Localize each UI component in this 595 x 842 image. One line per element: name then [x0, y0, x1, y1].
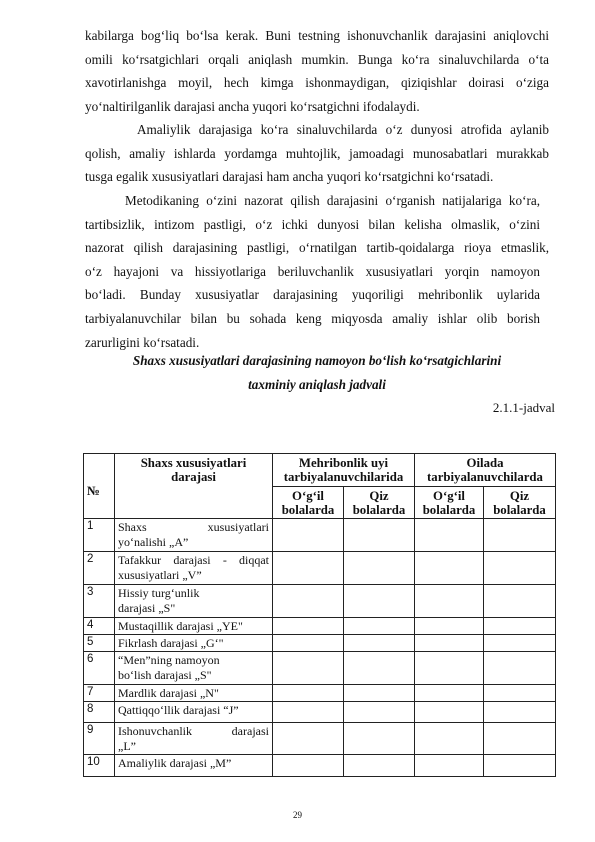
row-trait: Mustaqillik darajasi „YE": [115, 618, 273, 635]
cell-boys-orphanage: [273, 552, 344, 585]
cell-girls-family: [484, 685, 556, 702]
text-line: yo‘naltirilganlik darajasi ancha yuqori …: [85, 95, 549, 119]
row-number: 4: [84, 618, 115, 635]
trait-line-1: Ishonuvchanlik darajasi: [118, 724, 269, 739]
cell-girls-family: [484, 755, 556, 777]
cell-boys-family: [415, 652, 484, 685]
cell-girls-orphanage: [344, 755, 415, 777]
text-line: xavotirlanishga moyil, hech kimga ishonm…: [85, 71, 549, 95]
row-trait: “Men”ning namoyonbo‘lish darajasi „S": [115, 652, 273, 685]
table-row: 2 Tafakkur darajasi - diqqatxususiyatlar…: [84, 552, 556, 585]
trait-line-2: darajasi „S": [118, 601, 269, 616]
cell-boys-orphanage: [273, 585, 344, 618]
trait-line-2: bo‘lish darajasi „S": [118, 668, 269, 683]
row-number: 3: [84, 585, 115, 618]
trait-line-1: Mustaqillik darajasi „YE": [118, 619, 269, 634]
row-number: 5: [84, 635, 115, 652]
row-trait: Mardlik darajasi „N": [115, 685, 273, 702]
row-trait: Tafakkur darajasi - diqqatxususiyatlari …: [115, 552, 273, 585]
row-number: 6: [84, 652, 115, 685]
row-trait: Fikrlash darajasi „G‘": [115, 635, 273, 652]
header-girls-family: Qiz bolalarda: [484, 487, 556, 519]
text-line: nazorat qilish darajasining pastligi, o‘…: [85, 236, 549, 260]
cell-boys-family: [415, 635, 484, 652]
text-line: tartibsizlik, intizom pastligi, o‘z ichk…: [85, 213, 540, 237]
trait-line-2: yo‘nalishi „A”: [118, 535, 269, 550]
cell-boys-orphanage: [273, 702, 344, 723]
text-line: qolish, amaliy ishlarda yordamga muhtojl…: [85, 142, 549, 166]
table-row: 3 Hissiy turg‘unlikdarajasi „S": [84, 585, 556, 618]
text-line: o‘z hayajoni va hissiyotlariga beriluvch…: [85, 260, 540, 284]
header-trait: Shaxs xususiyatlari darajasi: [115, 454, 273, 519]
cell-girls-orphanage: [344, 585, 415, 618]
table-caption-line-2: taxminiy aniqlash jadvali: [85, 373, 549, 397]
cell-boys-orphanage: [273, 519, 344, 552]
cell-boys-family: [415, 723, 484, 755]
cell-girls-orphanage: [344, 552, 415, 585]
cell-boys-family: [415, 755, 484, 777]
trait-line-1: Tafakkur darajasi - diqqat: [118, 553, 269, 568]
cell-boys-orphanage: [273, 635, 344, 652]
trait-line-1: Hissiy turg‘unlik: [118, 586, 269, 601]
row-number: 1: [84, 519, 115, 552]
cell-girls-family: [484, 519, 556, 552]
text-line: bo‘ladi. Bunday xususiyatlar darajasinin…: [85, 283, 540, 307]
table-row: 6 “Men”ning namoyonbo‘lish darajasi „S": [84, 652, 556, 685]
cell-girls-orphanage: [344, 618, 415, 635]
table-row: 9 Ishonuvchanlik darajasi„L”: [84, 723, 556, 755]
row-trait: Ishonuvchanlik darajasi„L”: [115, 723, 273, 755]
table-row: 5 Fikrlash darajasi „G‘": [84, 635, 556, 652]
text-line: kabilarga bog‘liq bo‘lsa kerak. Buni tes…: [85, 24, 549, 48]
trait-line-1: Fikrlash darajasi „G‘": [118, 636, 269, 651]
row-trait: Hissiy turg‘unlikdarajasi „S": [115, 585, 273, 618]
trait-line-1: Mardlik darajasi „N": [118, 686, 269, 701]
table-row: 8 Qattiqqo‘llik darajasi “J”: [84, 702, 556, 723]
cell-girls-family: [484, 552, 556, 585]
cell-girls-family: [484, 635, 556, 652]
header-number: №: [84, 454, 115, 519]
cell-boys-family: [415, 685, 484, 702]
table-row: 4 Mustaqillik darajasi „YE": [84, 618, 556, 635]
cell-boys-family: [415, 702, 484, 723]
row-trait: Shaxs xususiyatlariyo‘nalishi „A”: [115, 519, 273, 552]
trait-line-2: „L”: [118, 739, 269, 754]
text-line: tusga egalik xususiyatlari darajasi ham …: [85, 165, 549, 189]
cell-girls-family: [484, 652, 556, 685]
row-number: 7: [84, 685, 115, 702]
table-row: 1 Shaxs xususiyatlariyo‘nalishi „A”: [84, 519, 556, 552]
cell-boys-family: [415, 552, 484, 585]
header-group-orphanage: Mehribonlik uyi tarbiyalanuvchilarida: [273, 454, 415, 487]
header-boys-family: O‘g‘il bolalarda: [415, 487, 484, 519]
cell-girls-orphanage: [344, 635, 415, 652]
cell-boys-orphanage: [273, 685, 344, 702]
header-girls-orphanage: Qiz bolalarda: [344, 487, 415, 519]
trait-line-2: xususiyatlari „V”: [118, 568, 269, 583]
cell-boys-orphanage: [273, 755, 344, 777]
row-number: 9: [84, 723, 115, 755]
trait-line-1: “Men”ning namoyon: [118, 653, 269, 668]
header-group-family: Oilada tarbiyalanuvchilarda: [415, 454, 556, 487]
table-row: 7 Mardlik darajasi „N": [84, 685, 556, 702]
cell-girls-family: [484, 585, 556, 618]
table-label: 2.1.1-jadval: [493, 400, 555, 416]
cell-boys-family: [415, 585, 484, 618]
cell-boys-orphanage: [273, 618, 344, 635]
cell-girls-family: [484, 702, 556, 723]
trait-line-1: Shaxs xususiyatlari: [118, 520, 269, 535]
cell-boys-family: [415, 519, 484, 552]
paragraph-3: Metodikaning o‘zini nazorat qilish daraj…: [85, 189, 549, 354]
text-line: Amaliylik darajasiga ko‘ra sinaluvchilar…: [85, 118, 549, 142]
paragraph-2: Amaliylik darajasiga ko‘ra sinaluvchilar…: [85, 118, 549, 189]
text-line: tarbiyalanuvchilar bilan bu sohada keng …: [85, 307, 540, 331]
cell-girls-orphanage: [344, 652, 415, 685]
row-number: 8: [84, 702, 115, 723]
page-number: 29: [0, 810, 595, 820]
header-boys-orphanage: O‘g‘il bolalarda: [273, 487, 344, 519]
row-number: 2: [84, 552, 115, 585]
text-line: omili ko‘rsatgichlari orqali aniqlash mu…: [85, 48, 549, 72]
trait-line-1: Qattiqqo‘llik darajasi “J”: [118, 703, 269, 718]
cell-boys-orphanage: [273, 723, 344, 755]
traits-table: № Shaxs xususiyatlari darajasi Mehribonl…: [83, 453, 556, 777]
cell-girls-family: [484, 723, 556, 755]
row-trait: Amaliylik darajasi „M”: [115, 755, 273, 777]
cell-girls-orphanage: [344, 519, 415, 552]
cell-girls-orphanage: [344, 702, 415, 723]
cell-girls-orphanage: [344, 685, 415, 702]
cell-boys-family: [415, 618, 484, 635]
cell-boys-orphanage: [273, 652, 344, 685]
cell-girls-orphanage: [344, 723, 415, 755]
cell-girls-family: [484, 618, 556, 635]
trait-line-1: Amaliylik darajasi „M”: [118, 756, 269, 771]
table-row: 10 Amaliylik darajasi „M”: [84, 755, 556, 777]
row-number: 10: [84, 755, 115, 777]
text-line: Metodikaning o‘zini nazorat qilish daraj…: [85, 189, 540, 213]
row-trait: Qattiqqo‘llik darajasi “J”: [115, 702, 273, 723]
paragraph-1: kabilarga bog‘liq bo‘lsa kerak. Buni tes…: [85, 24, 549, 118]
table-caption-line-1: Shaxs xususiyatlari darajasining namoyon…: [85, 349, 549, 373]
